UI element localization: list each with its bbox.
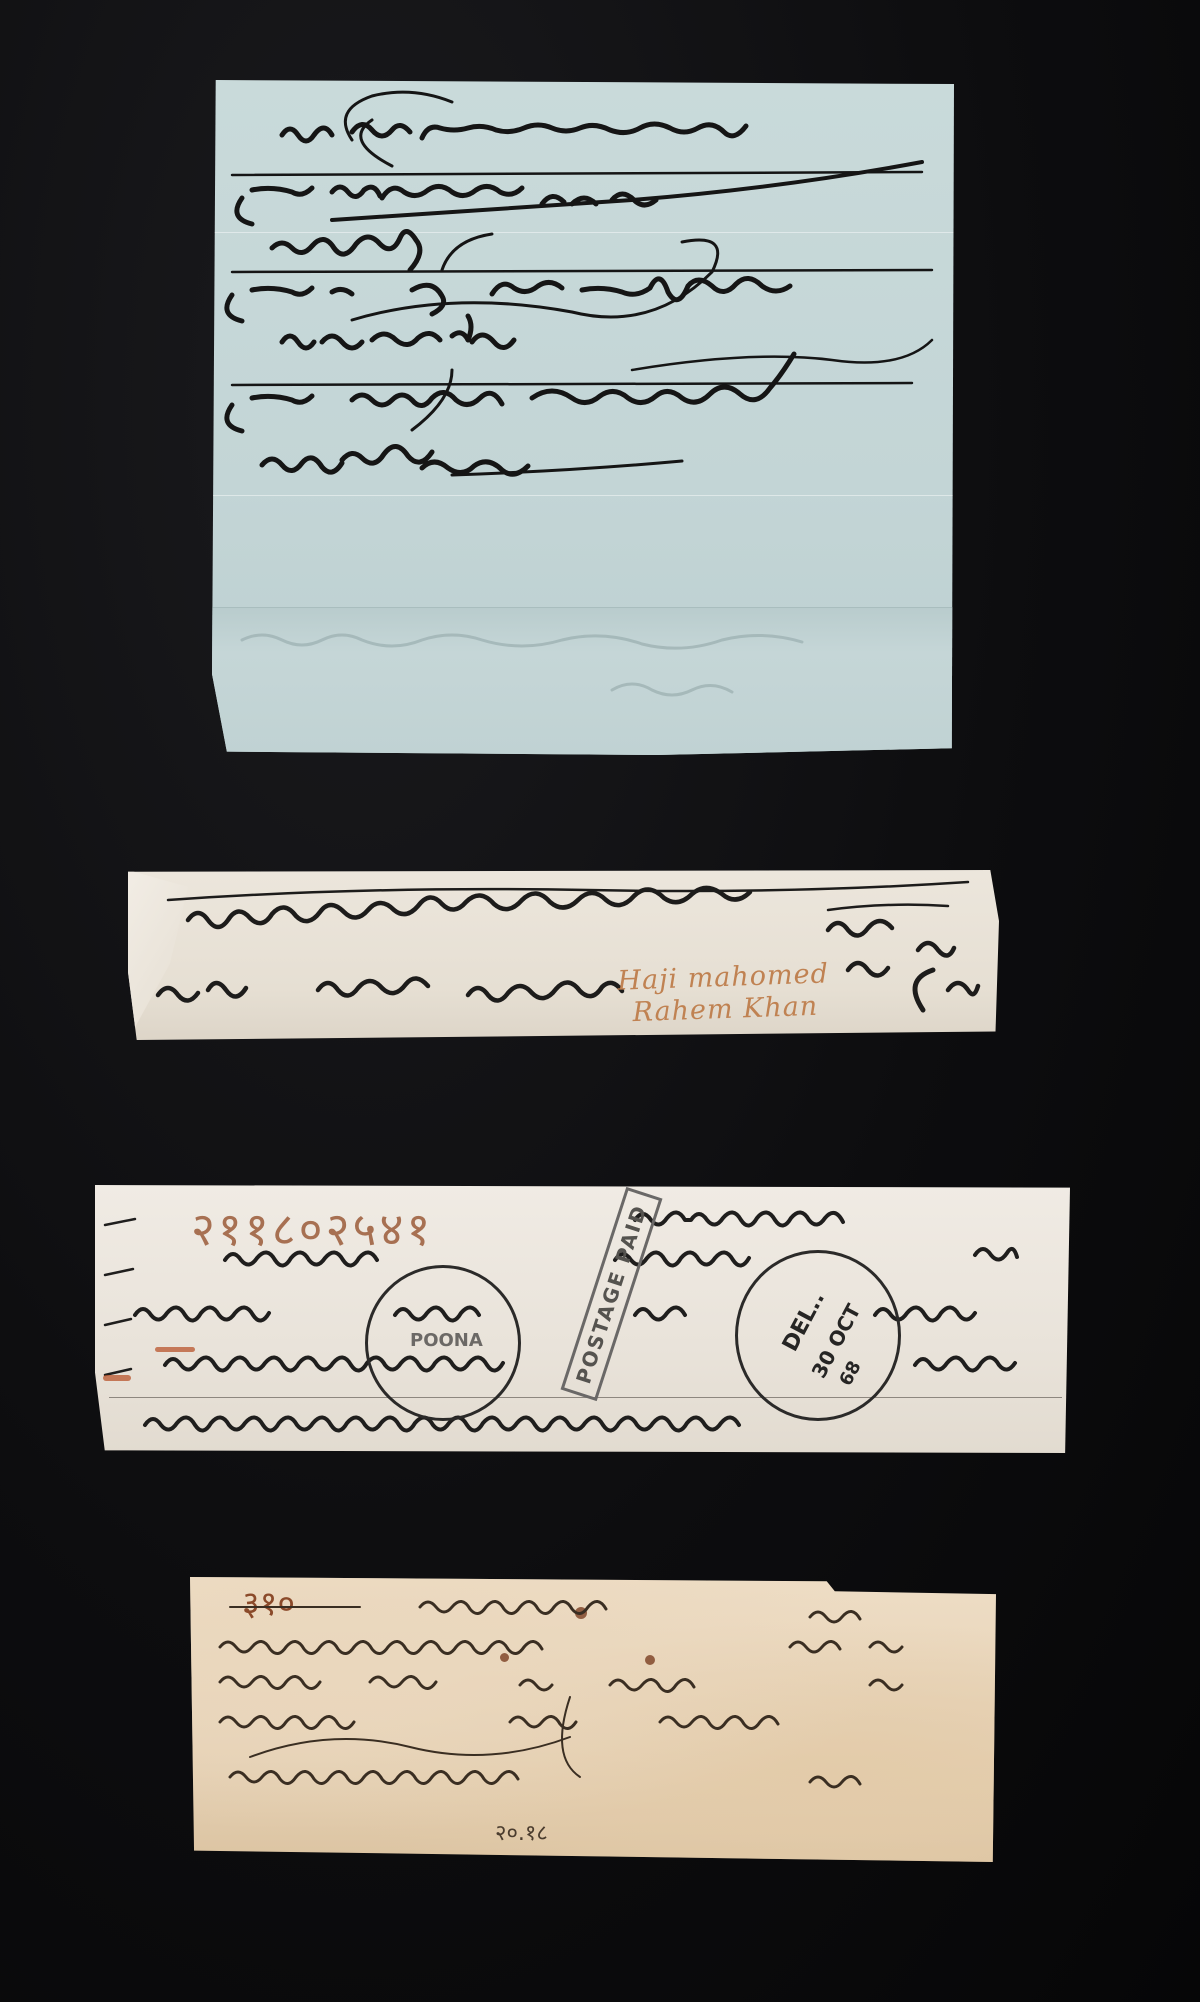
red-ink-smudge (103, 1375, 131, 1381)
english-endorsement: Haji mahomed Rahem Khan (617, 958, 831, 1029)
brush-script-writing (212, 80, 954, 755)
poona-postmark: POONA (365, 1265, 521, 1421)
cover-haji-mahomed: Haji mahomed Rahem Khan (128, 870, 999, 1040)
cover-with-postmarks: २११८०२५४१ POONA POSTAGE PAID DEL.. 30 OC… (95, 1185, 1070, 1453)
delhi-postmark: DEL.. 30 OCT 68 (735, 1250, 901, 1421)
reference-number: २०.१८ (495, 1817, 548, 1847)
blue-letter-sheet (212, 80, 954, 755)
address-script-writing (128, 870, 999, 1040)
red-ink-smudge (155, 1347, 195, 1352)
tan-cover: ३१० २०.१८ (190, 1577, 996, 1862)
address-script-writing (190, 1577, 996, 1862)
